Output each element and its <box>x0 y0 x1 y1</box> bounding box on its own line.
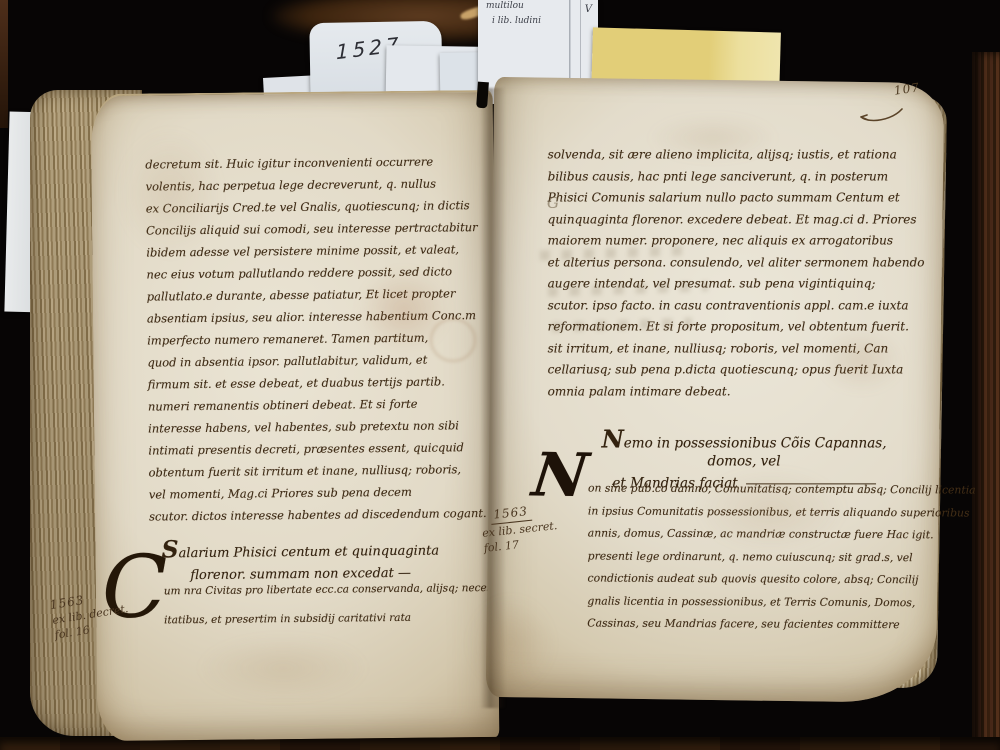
manuscript-line: firmum sit. et esse debeat, et duabus te… <box>148 370 480 395</box>
manuscript-line: omnia palam intimare debeat. <box>548 381 940 403</box>
manuscript-line: in ipsius Comunitatis possessionibus, et… <box>588 500 976 525</box>
right-page-body-text: solvenda, sit ære alieno implicita, alij… <box>548 144 940 402</box>
slip-note-line1: multilou <box>486 1 524 11</box>
manuscript-line: um nra Civitas pro libertate ecc.ca cons… <box>164 574 502 607</box>
manuscript-page-left: decretum sit. Huic igitur inconvenienti … <box>91 90 500 741</box>
manuscript-line: reformationem. Et si forte propositum, v… <box>548 316 940 338</box>
manuscript-line: condictionis audeat sub quovis quesito c… <box>587 567 975 592</box>
manuscript-line: scutor. dictos interesse habentes ad dis… <box>149 502 481 527</box>
manuscript-photo: { "bookmarks": { "year_slip": "1527", "s… <box>0 0 1000 750</box>
manuscript-line: itatibus, et presertim in subsidij carit… <box>164 603 502 636</box>
manuscript-line: bilibus causis, hac pnti lege sanciverun… <box>548 166 940 188</box>
heading-line: Salarium Phisici centum et quinquaginta <box>135 532 465 563</box>
book-gutter-shadow <box>480 88 506 708</box>
right-page-paragraph: on sine pub.co damno, Comunitatisq; cont… <box>487 477 975 637</box>
manuscript-line: quinquaginta florenor. excedere debeat. … <box>548 209 940 231</box>
margin-letter: G <box>547 194 559 212</box>
manuscript-line: et alterius persona. consulendo, vel ali… <box>548 252 940 274</box>
heading-line: Nemo in possessionibus Cõis Capannas, do… <box>579 424 909 469</box>
left-page-paragraph: um nra Civitas pro libertate ecc.ca cons… <box>106 574 502 636</box>
slip-note-line2: i lib. ludini <box>492 16 541 26</box>
manuscript-line: cellariusq; sub pena p.dicta quotiescunq… <box>548 359 940 380</box>
slip-tick-mark: V <box>585 4 592 15</box>
manuscript-line: scutor. ipso facto. in casu contraventio… <box>548 295 940 316</box>
left-page-body-text: decretum sit. Huic igitur inconvenienti … <box>145 150 481 527</box>
manuscript-line: obtentum fuerit sit irritum et inane, nu… <box>148 458 480 483</box>
manuscript-line: solvenda, sit ære alieno implicita, alij… <box>548 144 940 166</box>
margin-note-right: 1563 ex lib. secret. fol. 17 <box>480 501 560 556</box>
wood-table-right-edge <box>972 52 1000 750</box>
manuscript-line: on sine pub.co damno, Comunitatisq; cont… <box>588 477 976 502</box>
manuscript-line: absentiam ipsius, seu alior. interesse h… <box>147 304 479 329</box>
manuscript-line: annis, domus, Cassinæ, ac mandriæ constr… <box>588 522 976 547</box>
manuscript-line: Phisici Comunis salarium nullo pacto sum… <box>548 187 940 209</box>
manuscript-line: sit irritum, et inane, nulliusq; roboris… <box>548 338 940 360</box>
manuscript-line: gnalis licentia in possessionibus, et Te… <box>587 590 975 615</box>
folio-flourish <box>858 106 906 130</box>
manuscript-page-right: solvenda, sit ære alieno implicita, alij… <box>486 77 945 703</box>
spine-notch-shadow <box>476 82 489 109</box>
wood-table-left-sliver <box>0 0 8 128</box>
manuscript-line: presenti lege ordinarunt, q. nemo cuiusc… <box>588 545 976 570</box>
manuscript-line: Cassinas, seu Mandrias facere, seu facie… <box>587 612 975 637</box>
manuscript-line: maiorem numer. proponere, nec aliquis ex… <box>548 230 940 252</box>
manuscript-line: augere intendat, vel presumat. sub pena … <box>548 273 940 295</box>
